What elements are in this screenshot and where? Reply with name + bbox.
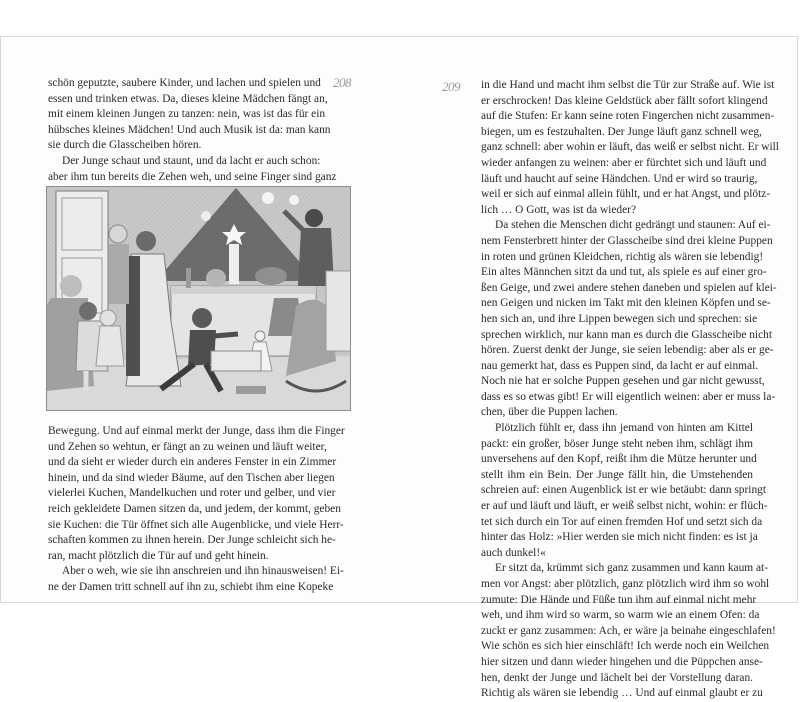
left-page-top-text: schön geputzte, saubere Kinder, und lach… (48, 76, 315, 201)
engraving-image (46, 186, 351, 411)
text-line: dass es so etwas gibt! Er will eigentlic… (481, 390, 753, 406)
text-line: hinein, und da sind wieder Bäume, auf de… (48, 471, 315, 487)
text-line: schön geputzte, saubere Kinder, und lach… (48, 76, 315, 92)
text-line: Noch nie hat er solche Puppen gesehen un… (481, 374, 753, 390)
text-line: auf die Stufen: Er kann seine roten Fing… (481, 109, 753, 125)
text-line: hübsches kleines Mädchen! Und auch Musik… (48, 123, 315, 139)
text-line: zuckt er ganz zusammen: Ach, er wäre ja … (481, 624, 753, 640)
text-line: Aber o weh, wie sie ihn anschreien und i… (48, 564, 315, 580)
text-line: in die Hand und macht ihm selbst die Tür… (481, 78, 753, 94)
text-line: nen Geigen und nicken im Takt mit den kl… (481, 296, 753, 312)
text-line: Der Junge schaut und staunt, und da lach… (48, 154, 315, 170)
page-number-left: 208 (333, 75, 351, 91)
text-line: er auf und läuft und läuft, er weiß selb… (481, 499, 753, 515)
text-line: unversehens auf den Kopf, reißt ihm die … (481, 452, 753, 468)
text-line: hören. Zuerst denkt der Junge, sie seien… (481, 343, 753, 359)
christmas-tree-engraving (46, 186, 351, 411)
text-line: lich … O Gott, was ist da wieder? (481, 203, 753, 219)
text-line: ganz schnell: aber wohin er läuft, das w… (481, 140, 753, 156)
text-line: Ein altes Männchen sitzt da und tut, als… (481, 265, 753, 281)
right-page-text: in die Hand und macht ihm selbst die Tür… (481, 78, 753, 640)
text-line: läuft und haucht auf seine Händchen. Und… (481, 172, 753, 188)
text-line: wieder anfangen zu weinen: aber er fürch… (481, 156, 753, 172)
text-line: Er sitzt da, krümmt sich ganz zusammen u… (481, 561, 753, 577)
text-line: sprechen wirklich, nur kann man es durch… (481, 328, 753, 344)
text-line: hen sich an, und ihre Lippen bewegen sic… (481, 312, 753, 328)
text-line: und Zehen so wehtun, er fängt an zu wein… (48, 440, 315, 456)
text-line: chen, über die Puppen lachen. (481, 405, 753, 421)
text-line: biegen, um es festzuhalten. Der Junge lä… (481, 125, 753, 141)
text-line: nau gemerkt hat, dass es Puppen sind, da… (481, 359, 753, 375)
text-line: ßen Geige, und zwei andere stehen danebe… (481, 281, 753, 297)
text-line: auch dunkel!« (481, 546, 753, 562)
text-line: in roten und grünen Kleidchen, richtig a… (481, 250, 753, 266)
text-line: zumute: Die Hände und Füße tun ihm auf e… (481, 593, 753, 609)
text-line: er erschrocken! Das kleine Geldstück abe… (481, 94, 753, 110)
text-line: mit einem kleinen Jungen zu tanzen: nein… (48, 107, 315, 123)
text-line: ran, macht plötzlich die Tür auf und geh… (48, 549, 315, 565)
text-line: vielerlei Kuchen, Mandelkuchen und roter… (48, 486, 315, 502)
text-line: packt: ein großer, böser Junge steht neb… (481, 437, 753, 453)
text-line: essen und trinken etwas. Da, dieses klei… (48, 92, 315, 108)
text-line: hinter das Holz: »Hier werden sie mich n… (481, 530, 753, 546)
text-line: nem Fensterbrett hinter der Glasscheibe … (481, 234, 753, 250)
text-line: Da stehen die Menschen dicht gedrängt un… (481, 218, 753, 234)
text-line: und da sieht er wieder durch ein anderes… (48, 455, 315, 471)
text-line: tet sich durch ein Tor auf einen fremden… (481, 515, 753, 531)
text-line: sie Kuchen: die Tür öffnet sich alle Aug… (48, 518, 315, 534)
text-line: schaften kommen zu ihnen herein. Der Jun… (48, 533, 315, 549)
text-line: weh, und ihm wird so warm, so warm wie a… (481, 608, 753, 624)
text-line: aber ihm tun bereits die Zehen weh, und … (48, 170, 315, 186)
text-line: reich gekleidete Damen sitzen da, und je… (48, 502, 315, 518)
text-line: Bewegung. Und auf einmal merkt der Junge… (48, 424, 315, 440)
left-page-bottom-text: Bewegung. Und auf einmal merkt der Junge… (48, 424, 315, 596)
text-line: weil er sich auf einmal allein fühlt, un… (481, 187, 753, 203)
text-line: sie durch die Glasscheiben hören. (48, 138, 315, 154)
text-line: Plötzlich fühlt er, dass ihn jemand von … (481, 421, 753, 437)
page-number-right: 209 (442, 79, 460, 95)
text-line: men vor Angst: aber plötzlich, ganz plöt… (481, 577, 753, 593)
text-line: stellt ihm ein Bein. Der Junge fällt hin… (481, 468, 753, 484)
text-line: schreien auf: einen Augenblick ist er wi… (481, 483, 753, 499)
text-line: ne der Damen tritt schnell auf ihn zu, s… (48, 580, 315, 596)
